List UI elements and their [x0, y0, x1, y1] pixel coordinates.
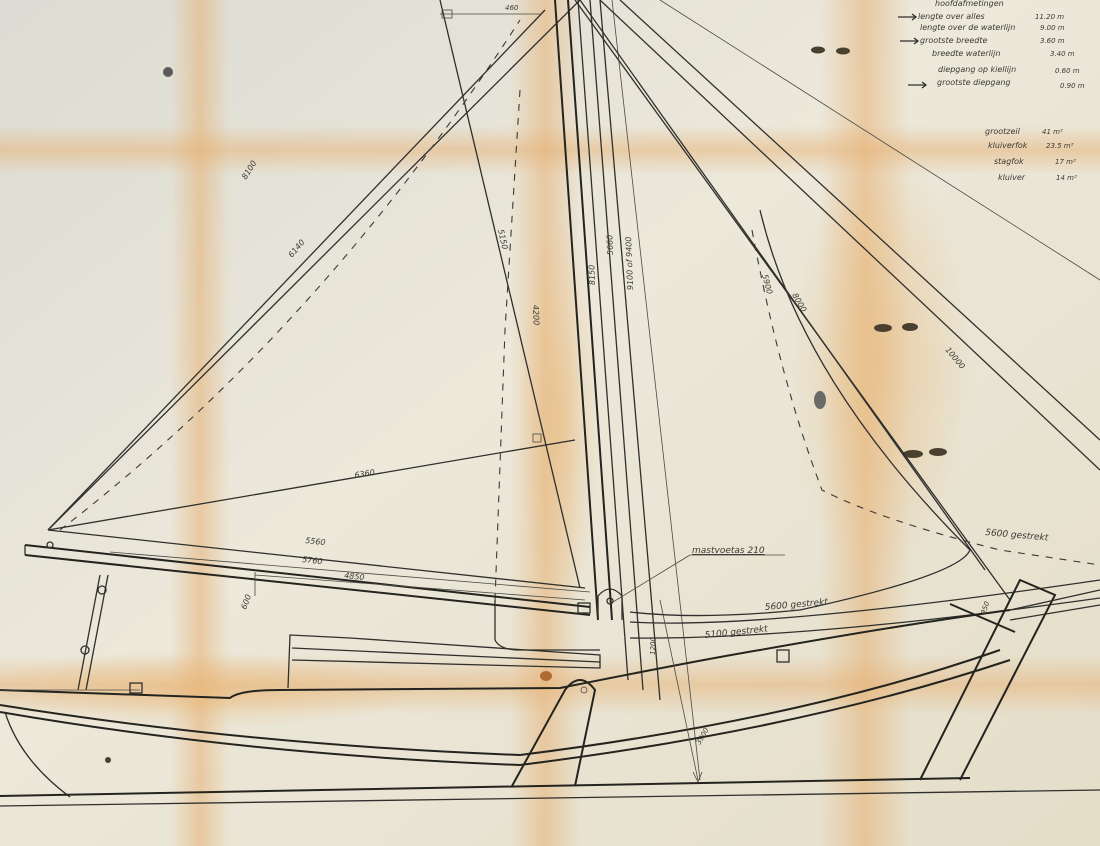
svg-text:stagfok: stagfok: [994, 157, 1024, 166]
svg-text:grootste diepgang: grootste diepgang: [937, 78, 1011, 87]
legend-row: grootste breedte 3.60 m: [900, 36, 1065, 45]
svg-text:kluiverfok: kluiverfok: [988, 141, 1028, 150]
dim-mast-2: 5660: [605, 235, 615, 256]
svg-text:17 m²: 17 m²: [1055, 158, 1076, 166]
svg-text:0.60 m: 0.60 m: [1055, 67, 1080, 75]
svg-text:grootzeil: grootzeil: [985, 127, 1021, 136]
svg-text:3.60 m: 3.60 m: [1040, 37, 1065, 45]
legend-row: lengte over alles 11.20 m: [898, 12, 1064, 21]
svg-text:kluiver: kluiver: [998, 173, 1026, 182]
dim-mast-pivot: mastvoetas 210: [692, 546, 765, 556]
svg-text:lengte over de waterlijn: lengte over de waterlijn: [920, 23, 1015, 32]
svg-text:grootste breedte: grootste breedte: [920, 36, 987, 45]
svg-text:3.40 m: 3.40 m: [1050, 50, 1075, 58]
svg-text:41 m²: 41 m²: [1042, 128, 1063, 136]
svg-text:11.20 m: 11.20 m: [1035, 13, 1064, 21]
dim-luff-inner: 4200: [531, 305, 541, 326]
svg-text:diepgang op kiellijn: diepgang op kiellijn: [938, 65, 1016, 74]
svg-text:0.90 m: 0.90 m: [1060, 82, 1085, 90]
legend-heading: hoofdafmetingen: [935, 0, 1004, 8]
svg-text:14 m²: 14 m²: [1056, 174, 1077, 182]
dim-mast-1: 8150: [587, 265, 597, 286]
svg-text:lengte over alles: lengte over alles: [918, 12, 985, 21]
sail-plan-drawing: 8100 6140 5150 4200 6360 5560 5760 4850 …: [0, 0, 1100, 846]
svg-text:23.5 m²: 23.5 m²: [1046, 142, 1074, 150]
dim-top: 460: [505, 4, 519, 12]
drawing-canvas: 8100 6140 5150 4200 6360 5560 5760 4850 …: [0, 0, 1100, 846]
svg-text:breedte waterlijn: breedte waterlijn: [932, 49, 1000, 58]
dim-mast-small: 1200: [649, 636, 658, 655]
legend-row: lengte over de waterlijn 9.00 m: [920, 23, 1065, 32]
svg-text:9.00 m: 9.00 m: [1040, 24, 1065, 32]
legend-row: diepgang op kiellijn 0.60 m: [938, 65, 1080, 75]
dim-mast-3: 9100 of 9400: [624, 236, 635, 290]
